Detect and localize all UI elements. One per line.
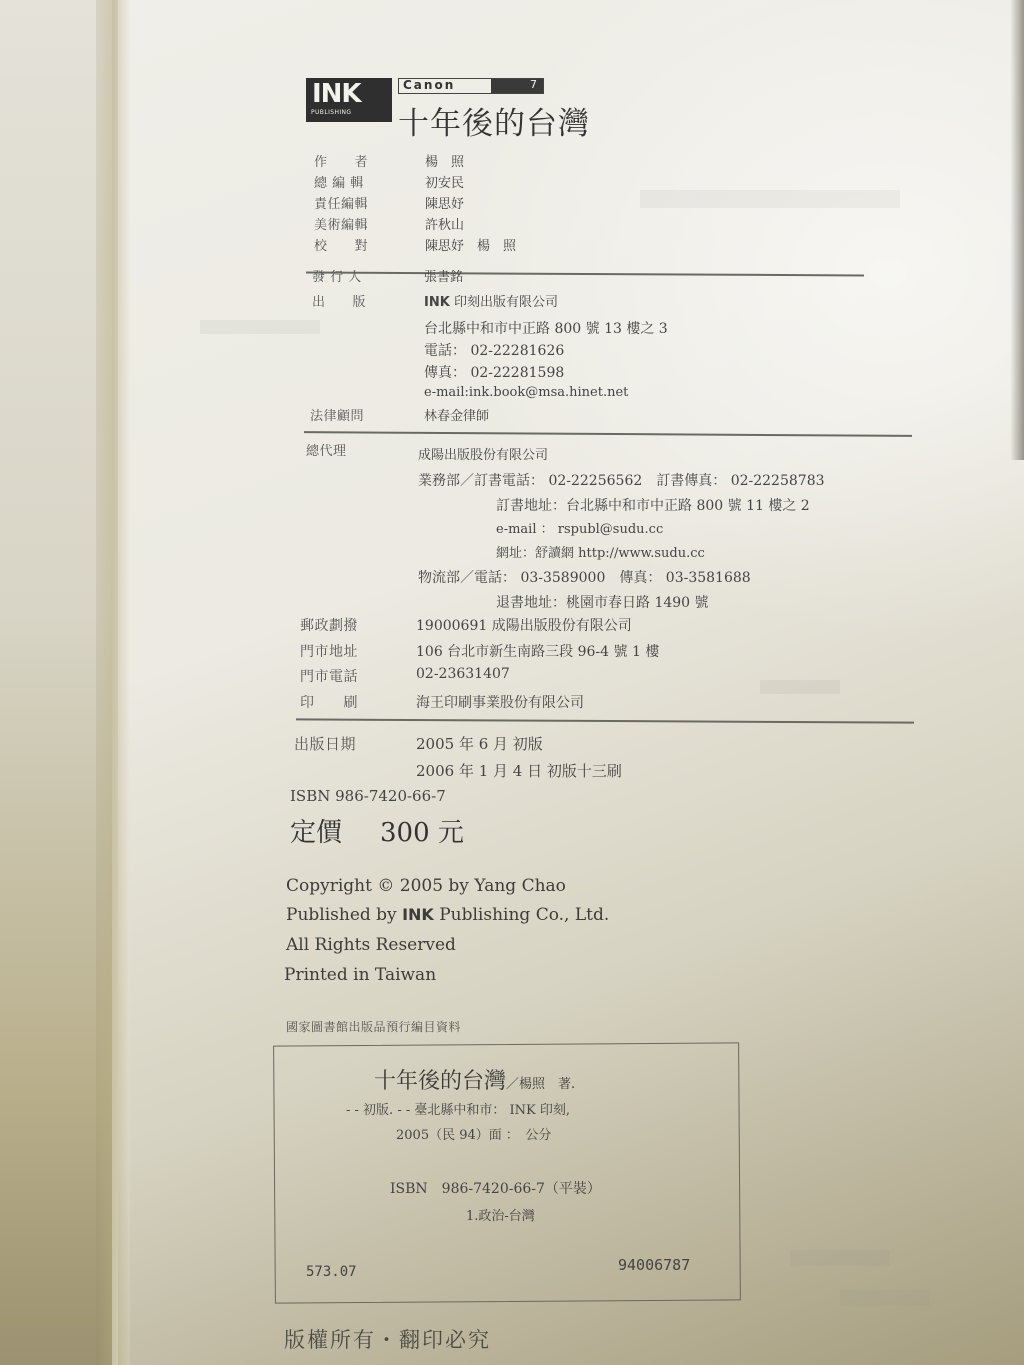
cip-heading: 國家圖書館出版品預行編目資料 [286,1018,461,1035]
distributor-return-address: 退書地址：桃園市春日路 1490 號 [496,592,709,612]
store-label: 郵政劃撥 [300,615,358,635]
cip-title: 十年後的台灣／楊照 著. [374,1064,575,1095]
publisher-name: INK 印刻出版有限公司 [424,291,558,310]
book-title: 十年後的台灣 [398,98,590,143]
credit-value: 楊 照 [425,151,464,170]
logo-subtext: PUBLISHING [311,109,351,116]
credit-value: 陳思妤 楊 照 [425,235,516,254]
publisher-phone: 電話： 02-22281626 [424,340,564,360]
book-gutter [96,0,130,1365]
bleed-through [760,680,840,694]
publisher-address: 台北縣中和市中正路 800 號 13 樓之 3 [424,318,668,338]
cip-pages-line: 2005（民 94）面 ： 公分 [396,1124,551,1143]
credit-value: 許秋山 [425,214,464,233]
published-by-brand: INK [402,905,434,924]
cip-book-title: 十年後的台灣 [374,1069,506,1094]
bleed-through [200,320,320,334]
store-value: 106 台北市新生南路三段 96-4 號 1 樓 [416,641,659,661]
logo-text: INK [312,79,361,109]
publisher-fax: 傳真： 02-22281598 [424,362,564,382]
distributor-website: 網址：舒讀網 http://www.sudu.cc [496,542,705,561]
first-edition-date: 2005 年 6 月 初版 [416,733,543,754]
cip-class-number: 573.07 [306,1264,357,1280]
published-by-line: Published by INK Publishing Co., Ltd. [286,905,609,925]
credit-label: 責任編輯 [314,193,368,212]
store-value: 02-23631407 [416,666,510,682]
credit-label: 美術編輯 [314,214,368,233]
distributor-company: 成陽出版股份有限公司 [418,444,548,463]
isbn: ISBN 986-7420-66-7 [290,787,446,805]
bleed-through [840,1290,930,1306]
credit-label: 總 編 輯 [314,172,364,191]
series-name: Canon [403,78,455,92]
published-by-text: Published by [286,905,402,925]
printed-line: Printed in Taiwan [284,965,436,985]
rights-line: All Rights Reserved [286,935,456,955]
published-by-company: Publishing Co., Ltd. [434,905,609,925]
credit-label: 校 對 [314,235,368,254]
publisher-brand: INK [424,295,450,310]
publisher-company: 印刻出版有限公司 [454,295,558,310]
cip-edition-line: - - 初版. - - 臺北縣中和市： INK 印刻, [346,1099,570,1118]
page-shadow [1010,0,1024,460]
ink-publishing-logo: INK PUBLISHING [306,78,392,122]
reprint-date: 2006 年 1 月 4 日 初版十三刷 [416,760,622,781]
credit-label: 作 者 [314,151,368,170]
cip-author: ／楊照 著. [506,1077,575,1092]
store-label: 印 刷 [300,692,358,712]
store-value: 19000691 成陽出版股份有限公司 [416,615,632,635]
rights-reserved-notice: 版權所有・翻印必究 [284,1324,491,1354]
publish-date-label: 出版日期 [294,733,356,754]
legal-value: 林春金律師 [424,405,489,424]
cip-record-number: 94006787 [618,1256,690,1274]
credit-value: 陳思妤 [425,193,464,212]
issuer-label: 發 行 人 [312,266,362,285]
bleed-through [640,190,900,208]
issuer-value: 張書銘 [424,266,463,285]
distributor-email: e-mail ： rspubl@sudu.cc [496,518,663,537]
price-value: 300 元 [380,812,464,849]
cip-isbn: ISBN 986-7420-66-7（平裝） [390,1178,601,1198]
legal-label: 法律顧問 [310,405,364,424]
publish-label: 出 版 [312,291,366,310]
cip-subject: 1.政治-台灣 [466,1205,535,1224]
bleed-through [790,1250,890,1266]
store-label: 門市地址 [300,641,358,661]
store-label: 門市電話 [300,666,358,686]
distributor-logistics: 物流部／電話： 03-3589000 傳真： 03-3581688 [418,567,751,587]
series-number: 7 [530,78,537,91]
distributor-label: 總代理 [306,440,347,459]
price-label: 定價 [290,812,342,849]
store-value: 海王印刷事業股份有限公司 [416,692,584,712]
series-tag: Canon 7 [398,78,544,94]
publisher-email: e-mail:ink.book@msa.hinet.net [424,385,628,400]
credit-value: 初安民 [425,172,464,191]
distributor-sales: 業務部／訂書電話： 02-22256562 訂書傳真： 02-22258783 [418,470,825,490]
copyright-line: Copyright © 2005 by Yang Chao [286,876,566,896]
distributor-order-address: 訂書地址：台北縣中和市中正路 800 號 11 樓之 2 [496,495,810,515]
